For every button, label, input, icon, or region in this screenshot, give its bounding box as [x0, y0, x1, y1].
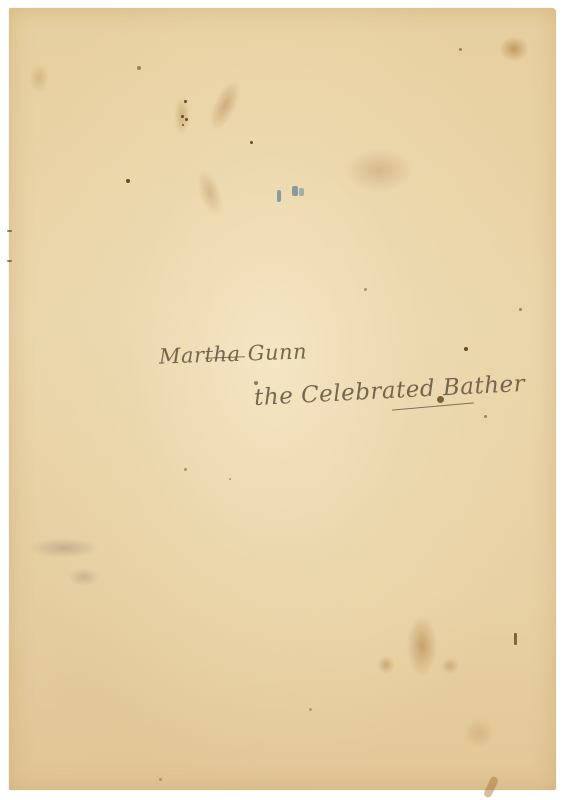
foxing-dot — [519, 308, 522, 311]
foxing-dot — [137, 66, 141, 70]
foxing-dot — [7, 260, 12, 262]
foxing-dot — [159, 778, 162, 781]
foxing-dot — [182, 124, 184, 126]
foxing-dot — [364, 288, 367, 291]
stain — [174, 96, 190, 136]
foxing-dot — [126, 179, 130, 183]
stain — [344, 148, 414, 193]
foxing-dot — [464, 347, 468, 351]
foxing-dot — [250, 141, 253, 144]
stain — [464, 718, 494, 748]
stain — [483, 775, 500, 798]
stain — [499, 36, 529, 62]
handwritten-name: Martha Gunn — [159, 339, 308, 368]
stain — [203, 76, 246, 135]
foxing-dot — [181, 115, 184, 118]
stain — [69, 568, 99, 586]
stain — [407, 616, 437, 676]
blue-ink-mark — [292, 186, 298, 196]
foxing-dot — [185, 118, 188, 121]
foxing-dot — [7, 230, 12, 232]
aged-paper-sheet: Martha Gunn the Celebrated Bather — [9, 8, 556, 790]
foxing-dot — [484, 415, 487, 418]
foxing-dot — [184, 100, 187, 103]
foxing-dot — [309, 708, 312, 711]
stain — [191, 166, 229, 221]
stain — [29, 538, 99, 558]
foxing-dot — [184, 468, 187, 471]
handwritten-underline — [392, 402, 474, 411]
stain — [441, 658, 459, 674]
blue-ink-mark — [299, 188, 304, 196]
foxing-dot — [514, 633, 517, 645]
blue-ink-mark — [277, 190, 281, 202]
foxing-dot — [459, 48, 462, 51]
handwritten-caption: the Celebrated Bather — [254, 371, 526, 411]
foxing-dot — [229, 478, 231, 480]
stain — [29, 63, 49, 93]
stain — [377, 656, 395, 674]
